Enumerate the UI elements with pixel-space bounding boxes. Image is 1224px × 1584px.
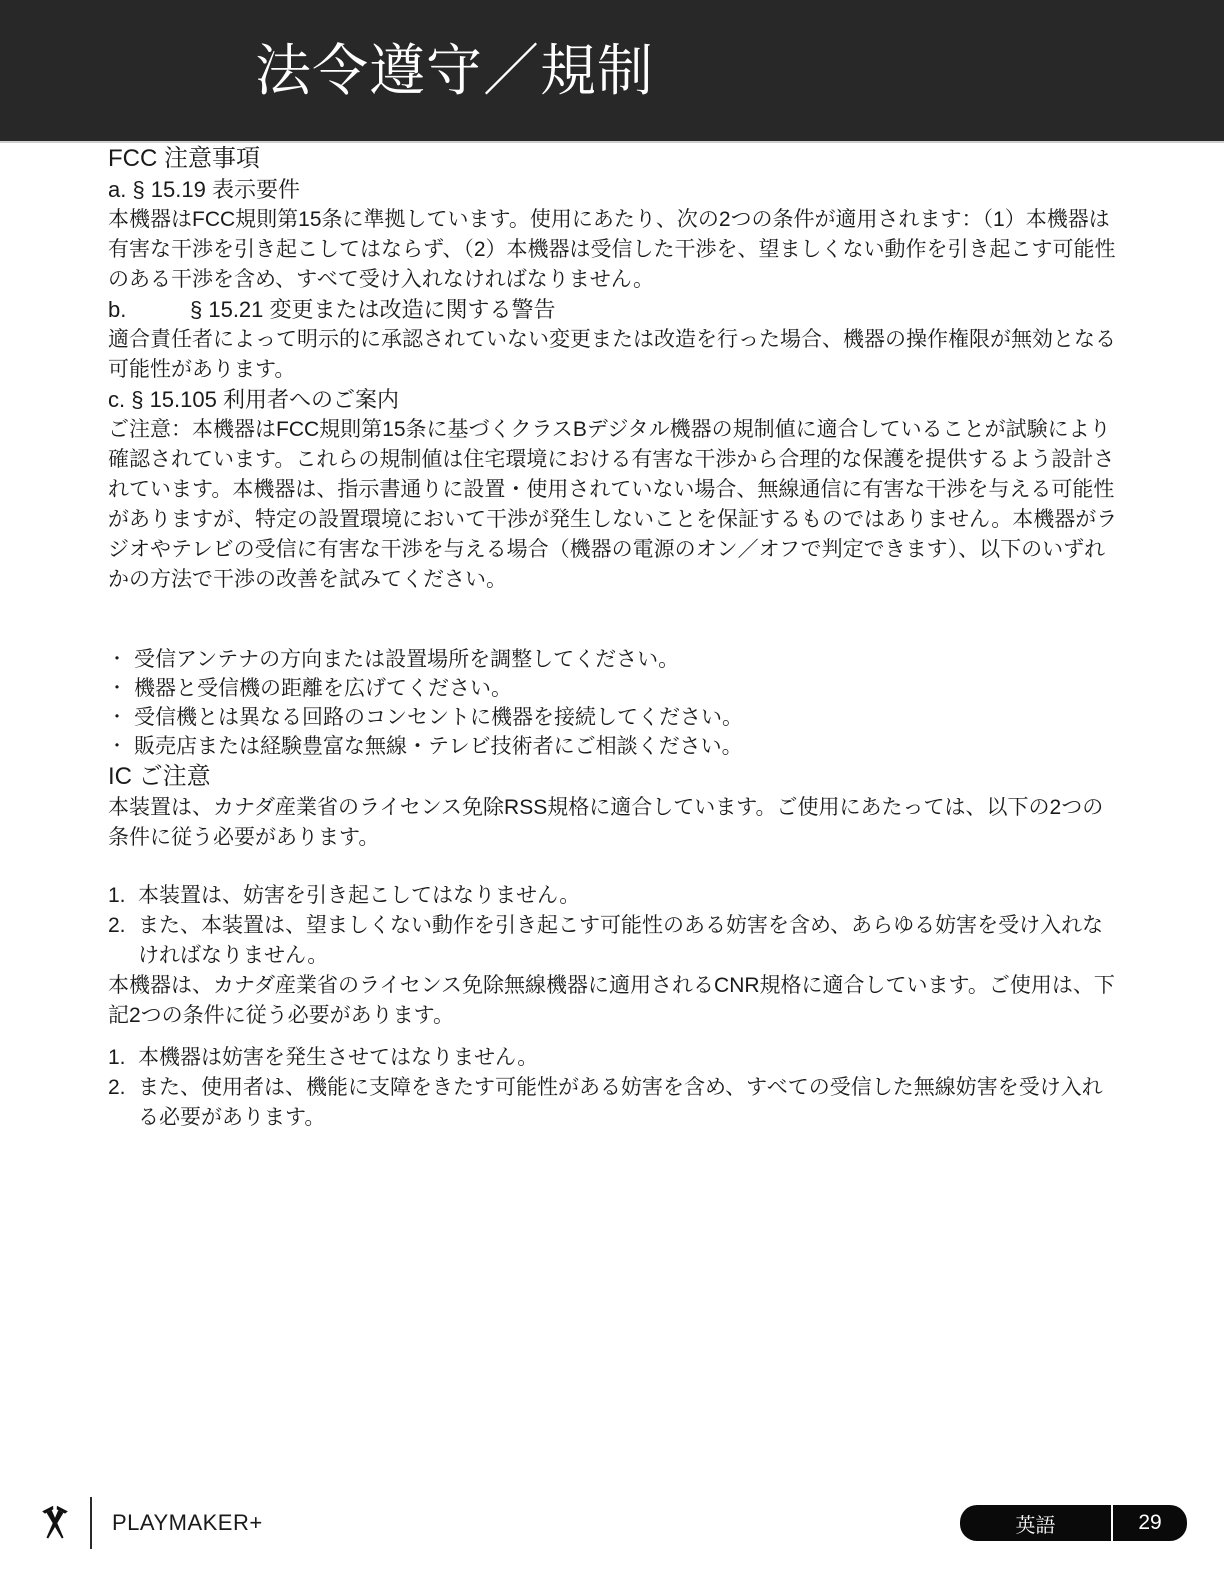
brand-name: PLAYMAKER+ bbox=[112, 1510, 263, 1536]
ic-section-heading: IC ご注意 bbox=[108, 761, 1118, 793]
page-title: 法令遵守／規制 bbox=[255, 43, 654, 99]
document-page: 法令遵守／規制 FCC 注意事項 a. § 15.19 表示要件 本機器はFCC… bbox=[0, 0, 1224, 1584]
language-label: 英語 bbox=[960, 1505, 1111, 1541]
fcc-b-paragraph: 適合責任者によって明示的に承認されていない変更または改造を行った場合、機器の操作… bbox=[108, 325, 1118, 385]
remedy-text: 受信機とは異なる回路のコンセントに機器を接続してください。 bbox=[134, 703, 743, 732]
ic-rss-paragraph: 本装置は、カナダ産業省のライセンス免除RSS規格に適合しています。ご使用にあたっ… bbox=[108, 793, 1118, 853]
brand-group: PLAYMAKER+ bbox=[37, 1497, 263, 1549]
list-item: 1. 本装置は、妨害を引き起こしてはなりません。 bbox=[108, 881, 1118, 911]
bullet-icon: ・ bbox=[108, 732, 134, 761]
list-number: 2. bbox=[108, 911, 138, 971]
page-number: 29 bbox=[1113, 1505, 1187, 1541]
list-item: 2. また、使用者は、機能に支障をきたす可能性がある妨害を含め、すべての受信した… bbox=[108, 1073, 1118, 1133]
remedy-text: 販売店または経験豊富な無線・テレビ技術者にご相談ください。 bbox=[134, 732, 743, 761]
list-item: ・ 販売店または経験豊富な無線・テレビ技術者にご相談ください。 bbox=[108, 732, 1118, 761]
condition-text: また、本装置は、望ましくない動作を引き起こす可能性のある妨害を含め、あらゆる妨害… bbox=[138, 911, 1118, 971]
ic-rss-condition-list: 1. 本装置は、妨害を引き起こしてはなりません。 2. また、本装置は、望ましく… bbox=[108, 881, 1118, 971]
list-number: 2. bbox=[108, 1073, 138, 1133]
fcc-a-heading: a. § 15.19 表示要件 bbox=[108, 175, 1118, 205]
fcc-b-heading: b.§ 15.21 変更または改造に関する警告 bbox=[108, 295, 1118, 325]
page-content: FCC 注意事項 a. § 15.19 表示要件 本機器はFCC規則第15条に準… bbox=[0, 143, 1118, 1133]
fcc-remedy-list: ・ 受信アンテナの方向または設置場所を調整してください。 ・ 機器と受信機の距離… bbox=[108, 645, 1118, 761]
bullet-icon: ・ bbox=[108, 645, 134, 674]
list-item: 1. 本機器は妨害を発生させてはなりません。 bbox=[108, 1043, 1118, 1073]
fcc-c-paragraph: ご注意：本機器はFCC規則第15条に基づくクラスBデジタル機器の規制値に適合して… bbox=[108, 415, 1118, 595]
condition-text: 本装置は、妨害を引き起こしてはなりません。 bbox=[138, 881, 580, 911]
ic-cnr-condition-list: 1. 本機器は妨害を発生させてはなりません。 2. また、使用者は、機能に支障を… bbox=[108, 1043, 1118, 1133]
bullet-icon: ・ bbox=[108, 703, 134, 732]
remedy-text: 受信アンテナの方向または設置場所を調整してください。 bbox=[134, 645, 679, 674]
list-item: 2. また、本装置は、望ましくない動作を引き起こす可能性のある妨害を含め、あらゆ… bbox=[108, 911, 1118, 971]
condition-text: また、使用者は、機能に支障をきたす可能性がある妨害を含め、すべての受信した無線妨… bbox=[138, 1073, 1118, 1133]
fcc-section-heading: FCC 注意事項 bbox=[108, 143, 1118, 175]
page-header: 法令遵守／規制 bbox=[0, 0, 1224, 143]
list-number: 1. bbox=[108, 1043, 138, 1073]
bullet-icon: ・ bbox=[108, 674, 134, 703]
list-item: ・ 受信アンテナの方向または設置場所を調整してください。 bbox=[108, 645, 1118, 674]
list-number: 1. bbox=[108, 881, 138, 911]
fcc-c-heading: c. § 15.105 利用者へのご案内 bbox=[108, 385, 1118, 415]
page-number-badge: 英語 29 bbox=[960, 1505, 1187, 1541]
list-item: ・ 受信機とは異なる回路のコンセントに機器を接続してください。 bbox=[108, 703, 1118, 732]
crossed-tees-icon bbox=[37, 1502, 73, 1544]
footer-divider bbox=[90, 1497, 92, 1549]
list-item: ・ 機器と受信機の距離を広げてください。 bbox=[108, 674, 1118, 703]
fcc-b-label: b. bbox=[108, 295, 190, 325]
remedy-text: 機器と受信機の距離を広げてください。 bbox=[134, 674, 512, 703]
condition-text: 本機器は妨害を発生させてはなりません。 bbox=[138, 1043, 538, 1073]
fcc-b-heading-text: § 15.21 変更または改造に関する警告 bbox=[190, 297, 556, 322]
ic-cnr-paragraph: 本機器は、カナダ産業省のライセンス免除無線機器に適用されるCNR規格に適合してい… bbox=[108, 971, 1118, 1031]
page-footer: PLAYMAKER+ 英語 29 bbox=[0, 1490, 1224, 1556]
fcc-a-paragraph: 本機器はFCC規則第15条に準拠しています。使用にあたり、次の2つの条件が適用さ… bbox=[108, 205, 1118, 295]
